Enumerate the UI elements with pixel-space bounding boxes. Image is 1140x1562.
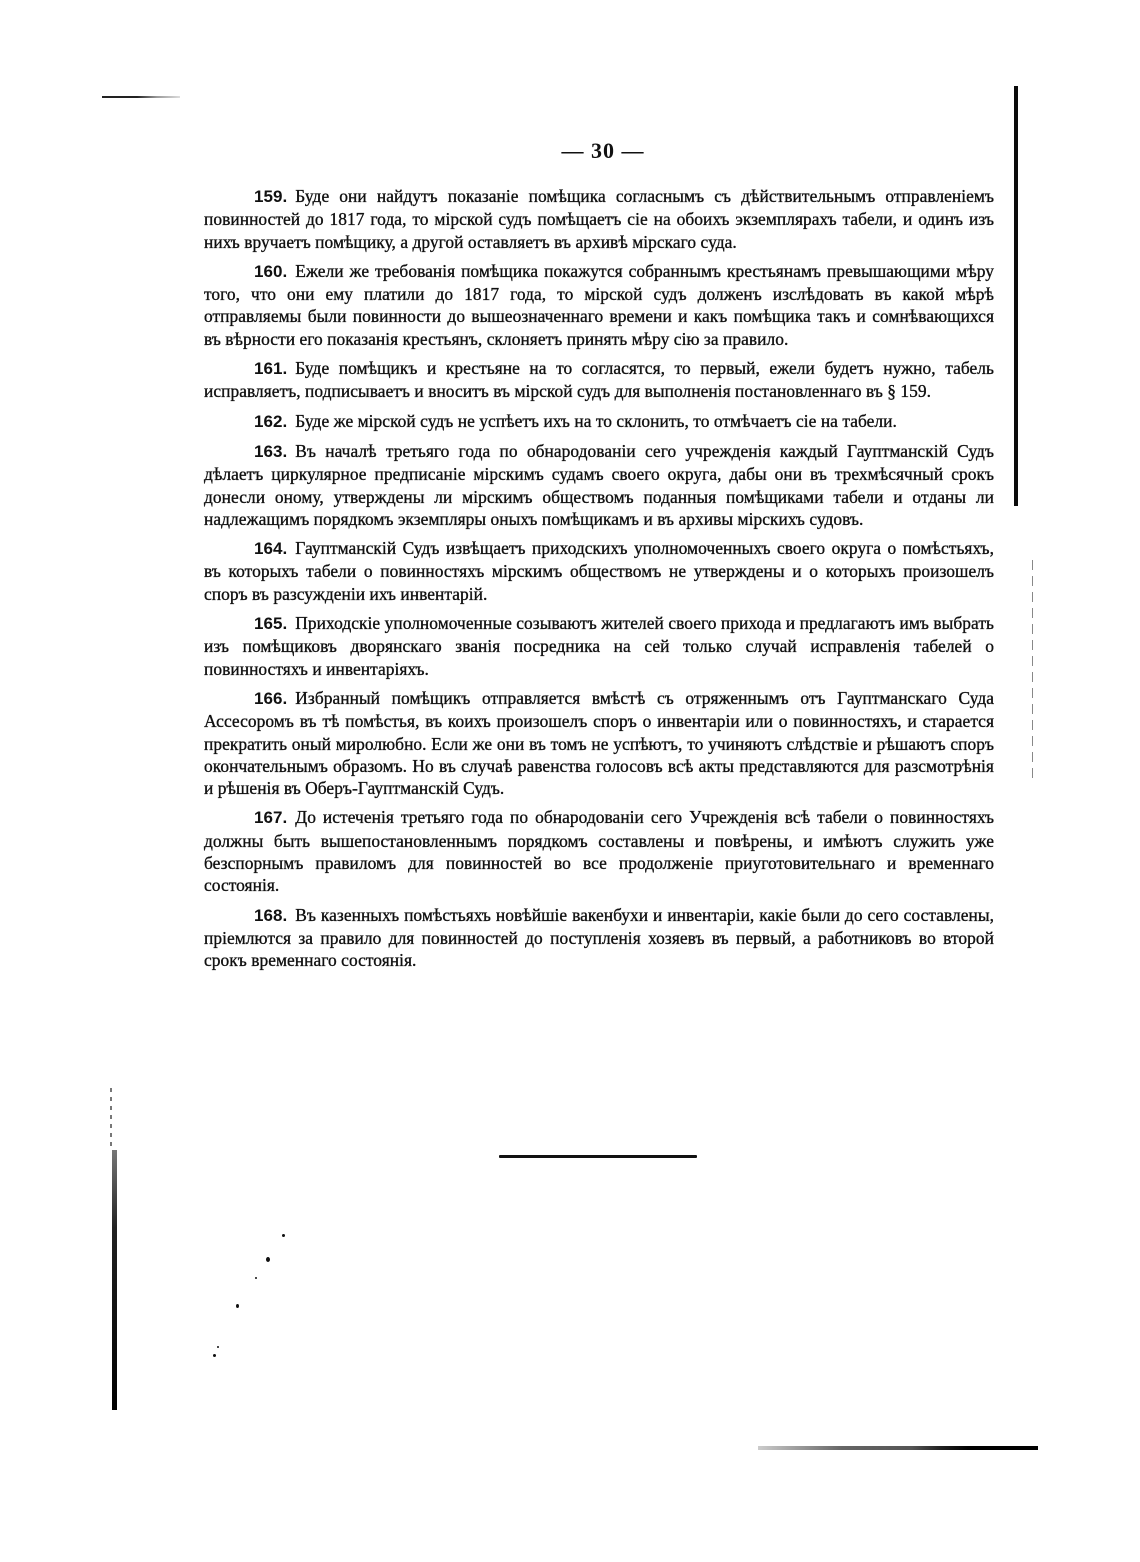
paragraph-167: 167.До истеченія третьяго года по обнаро… [204, 806, 994, 896]
closing-rule [499, 1155, 697, 1158]
paragraph-168: 168.Въ казенныхъ помѣстьяхъ новѣйшіе вак… [204, 904, 994, 972]
paragraph-text: До истеченія третьяго года по обнародова… [204, 807, 994, 895]
paragraph-166: 166.Избранный помѣщикъ отправляется вмѣс… [204, 687, 994, 799]
scan-dot [213, 1354, 216, 1357]
paragraph-text: Ежели же требованія помѣщика покажутся с… [204, 261, 994, 349]
body-text: 159.Буде они найдутъ показаніе помѣщика … [204, 185, 994, 979]
paragraph-163: 163.Въ началѣ третьяго года по обнародов… [204, 440, 994, 530]
paragraph-160: 160.Ежели же требованія помѣщика покажут… [204, 260, 994, 350]
scan-dot [255, 1277, 257, 1279]
paragraph-text: Приходскіе уполномоченные созываютъ жите… [204, 613, 994, 679]
section-number: 168. [254, 906, 287, 925]
paragraph-text: Избранный помѣщикъ отправляется вмѣстѣ с… [204, 688, 994, 798]
section-number: 167. [254, 808, 287, 827]
scan-artifact-right-dashed [1032, 560, 1033, 780]
paragraph-159: 159.Буде они найдутъ показаніе помѣщика … [204, 185, 994, 253]
scan-dot [282, 1234, 285, 1237]
section-number: 166. [254, 689, 287, 708]
scan-artifact-left-strip-top [110, 1088, 112, 1148]
paragraph-text: Гауптманскій Судъ извѣщаетъ приходскихъ … [204, 538, 994, 604]
paragraph-text: Буде помѣщикъ и крестьяне на то согласят… [204, 358, 994, 401]
paragraph-161: 161.Буде помѣщикъ и крестьяне на то согл… [204, 357, 994, 403]
paragraph-text: Въ казенныхъ помѣстьяхъ новѣйшіе вакенбу… [204, 905, 994, 971]
section-number: 164. [254, 539, 287, 558]
paragraph-162: 162.Буде же мірской судъ не успѣетъ ихъ … [204, 410, 994, 433]
scan-artifact-bottom-right [758, 1446, 1038, 1450]
page-number: — 30 — [0, 138, 1140, 164]
section-number: 161. [254, 359, 287, 378]
section-number: 160. [254, 262, 287, 281]
section-number: 163. [254, 442, 287, 461]
scan-artifact-top-left [102, 96, 180, 98]
scan-dot [266, 1257, 270, 1262]
paragraph-165: 165.Приходскіе уполномоченные созываютъ … [204, 612, 994, 680]
section-number: 162. [254, 412, 287, 431]
paragraph-text: Буде они найдутъ показаніе помѣщика согл… [204, 186, 994, 252]
section-number: 159. [254, 187, 287, 206]
scan-artifact-left-strip [112, 1150, 117, 1410]
section-number: 165. [254, 614, 287, 633]
paragraph-164: 164.Гауптманскій Судъ извѣщаетъ приходск… [204, 537, 994, 605]
scan-dot [236, 1304, 239, 1308]
scan-dot [217, 1346, 219, 1348]
document-page: — 30 — 159.Буде они найдутъ показаніе по… [0, 0, 1140, 1562]
paragraph-text: Буде же мірской судъ не успѣетъ ихъ на т… [295, 411, 897, 431]
paragraph-text: Въ началѣ третьяго года по обнародованіи… [204, 441, 994, 529]
